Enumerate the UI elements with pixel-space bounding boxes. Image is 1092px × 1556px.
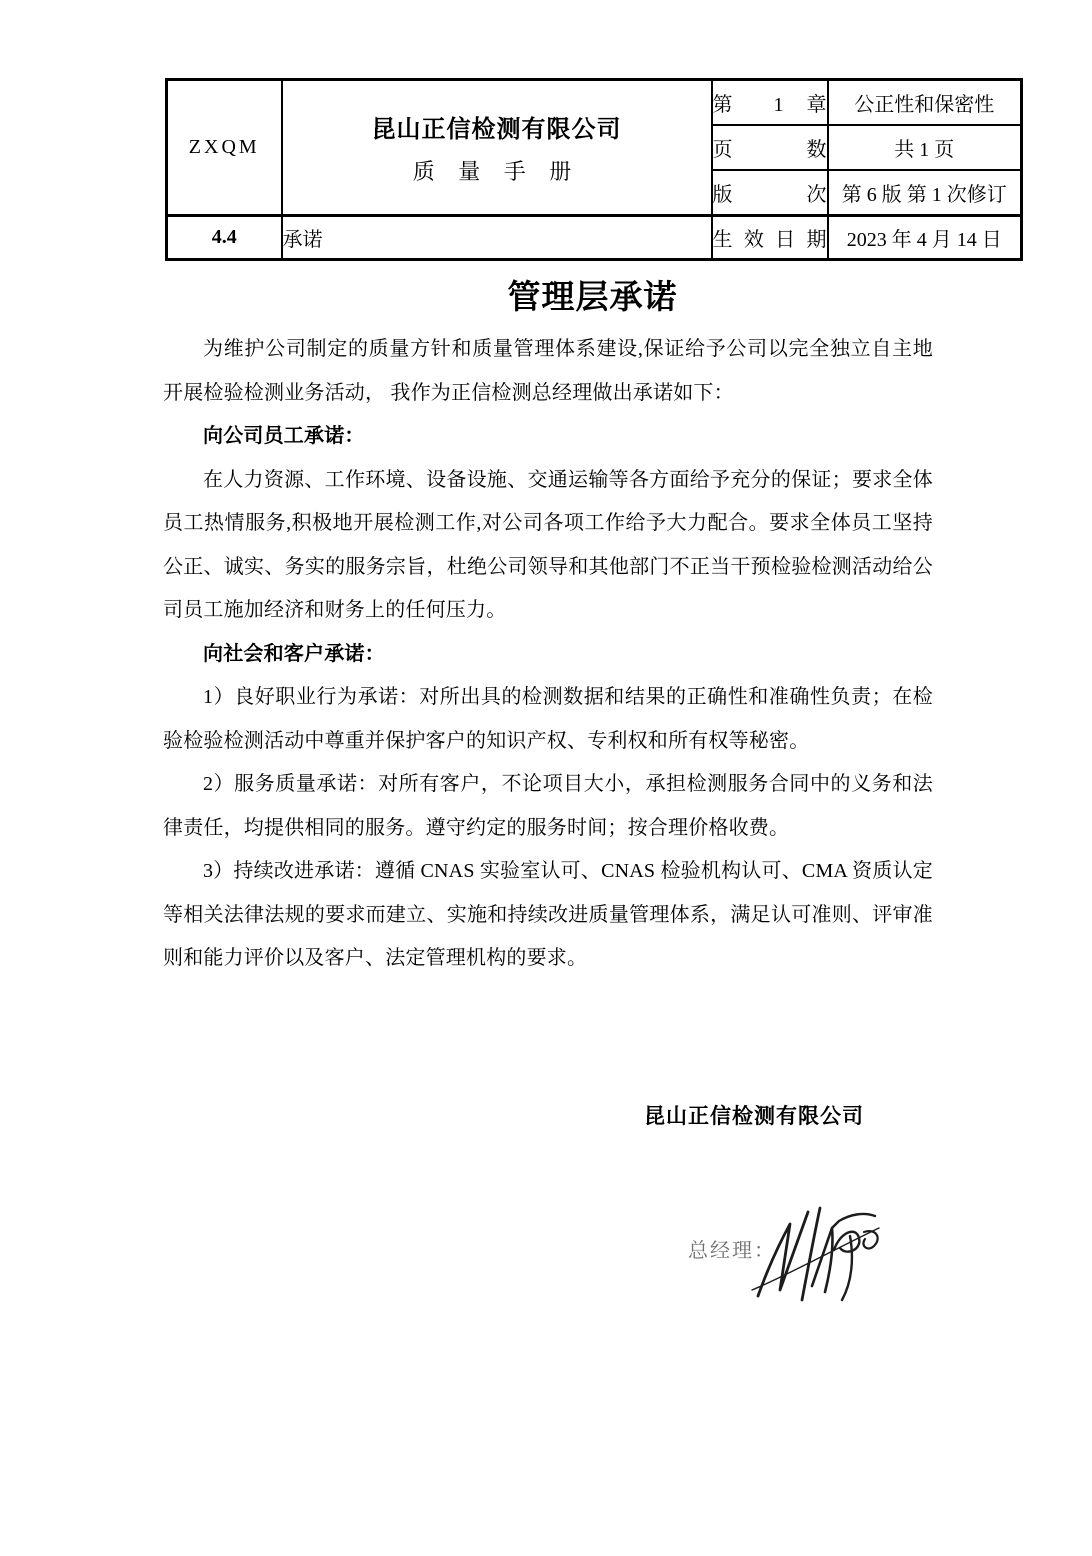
manual-title: 质 量 手 册 xyxy=(283,155,711,186)
signature-company-name: 昆山正信检测有限公司 xyxy=(644,1100,864,1130)
company-cell: 昆山正信检测有限公司 质 量 手 册 xyxy=(282,80,712,216)
header-table: ZXQM 昆山正信检测有限公司 质 量 手 册 第 1 章 公正性和保密性 页 … xyxy=(165,78,1023,261)
effective-date-value: 2023 年 4 月 14 日 xyxy=(828,216,1022,260)
page-title: 管理层承诺 xyxy=(165,280,1020,316)
version-value: 第 6 版 第 1 次修订 xyxy=(828,170,1022,216)
section-title: 承诺 xyxy=(282,216,712,260)
header-row-4: 4.4 承诺 生效日期 2023 年 4 月 14 日 xyxy=(167,216,1022,260)
intro-paragraph: 为维护公司制定的质量方针和质量管理体系建设,保证给予公司以完全独立自主地开展检验… xyxy=(163,328,933,415)
chapter-label: 第 1 章 xyxy=(712,80,828,126)
document-body: 为维护公司制定的质量方针和质量管理体系建设,保证给予公司以完全独立自主地开展检验… xyxy=(163,328,933,981)
commitment-item-2: 2）服务质量承诺：对所有客户，不论项目大小，承担检测服务合同中的义务和法律责任，… xyxy=(163,763,933,850)
pages-value: 共 1 页 xyxy=(828,125,1022,170)
staff-commitment-heading: 向公司员工承诺： xyxy=(163,415,933,459)
commitment-item-1: 1）良好职业行为承诺：对所出具的检测数据和结果的正确性和准确性负责；在检验检验检… xyxy=(163,676,933,763)
version-label: 版 次 xyxy=(712,170,828,216)
company-name: 昆山正信检测有限公司 xyxy=(283,109,711,144)
doc-code-cell: ZXQM xyxy=(167,80,282,216)
header-row-1: ZXQM 昆山正信检测有限公司 质 量 手 册 第 1 章 公正性和保密性 xyxy=(167,80,1022,126)
effective-date-label: 生效日期 xyxy=(712,216,828,260)
pages-label: 页 数 xyxy=(712,125,828,170)
staff-commitment-paragraph: 在人力资源、工作环境、设备设施、交通运输等各方面给予充分的保证；要求全体员工热情… xyxy=(163,459,933,633)
commitment-item-3: 3）持续改进承诺：遵循 CNAS 实验室认可、CNAS 检验机构认可、CMA 资… xyxy=(163,850,933,981)
section-number: 4.4 xyxy=(167,216,282,260)
handwritten-signature-icon xyxy=(746,1198,886,1310)
customer-commitment-heading: 向社会和客户承诺： xyxy=(163,633,933,677)
quality-manual-page: ZXQM 昆山正信检测有限公司 质 量 手 册 第 1 章 公正性和保密性 页 … xyxy=(0,0,1092,1556)
chapter-value: 公正性和保密性 xyxy=(828,80,1022,126)
